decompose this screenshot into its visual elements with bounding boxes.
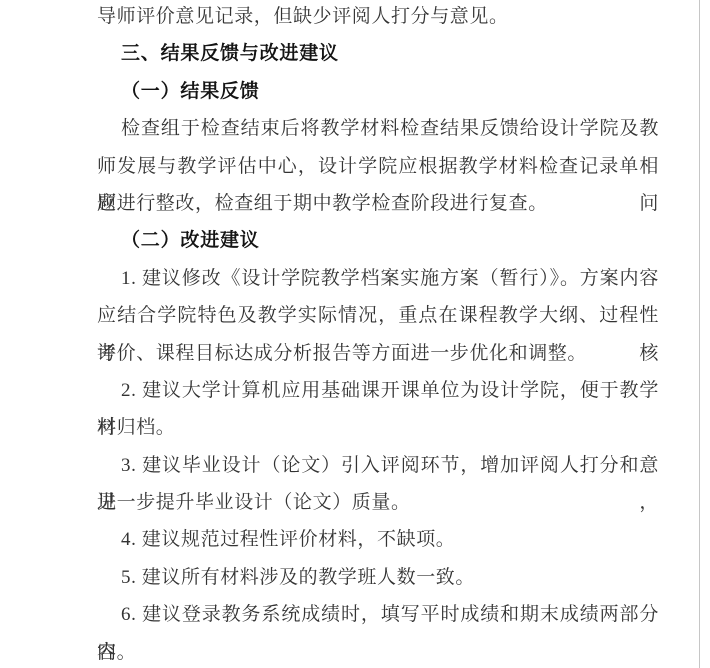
text-line: 导师评价意见记录，但缺少评阅人打分与意见。 [97, 0, 659, 35]
heading-line: （一）结果反馈 [97, 73, 659, 110]
document-page: 导师评价意见记录，但缺少评阅人打分与意见。三、结果反馈与改进建议（一）结果反馈检… [0, 0, 710, 668]
text-line: 应结合学院特色及教学实际情况，重点在课程教学大纲、过程性考核 [97, 297, 659, 334]
document-text-block: 导师评价意见记录，但缺少评阅人打分与意见。三、结果反馈与改进建议（一）结果反馈检… [97, 0, 659, 668]
text-line: 评价、课程目标达成分析报告等方面进一步优化和调整。 [97, 335, 659, 372]
text-line: 2. 建议大学计算机应用基础课开课单位为设计学院，便于教学材 [97, 372, 659, 409]
page-right-border [699, 0, 700, 668]
heading-line: （二）改进建议 [97, 222, 659, 259]
text-line: 4. 建议规范过程性评价材料，不缺项。 [97, 521, 659, 558]
text-line: 6. 建议登录教务系统成绩时，填写平时成绩和期末成绩两部分内 [97, 596, 659, 633]
text-line: 检查组于检查结束后将教学材料检查结果反馈给设计学院及教 [97, 110, 659, 147]
text-line: 3. 建议毕业设计（论文）引入评阅环节，增加评阅人打分和意见， [97, 447, 659, 484]
text-line: 师发展与教学评估中心，设计学院应根据教学材料检查记录单相应问 [97, 148, 659, 185]
text-line: 容。 [97, 634, 659, 668]
heading-line: 三、结果反馈与改进建议 [97, 35, 659, 72]
text-line: 1. 建议修改《设计学院教学档案实施方案（暂行）》。方案内容 [97, 260, 659, 297]
text-line: 料归档。 [97, 409, 659, 446]
text-line: 5. 建议所有材料涉及的教学班人数一致。 [97, 559, 659, 596]
